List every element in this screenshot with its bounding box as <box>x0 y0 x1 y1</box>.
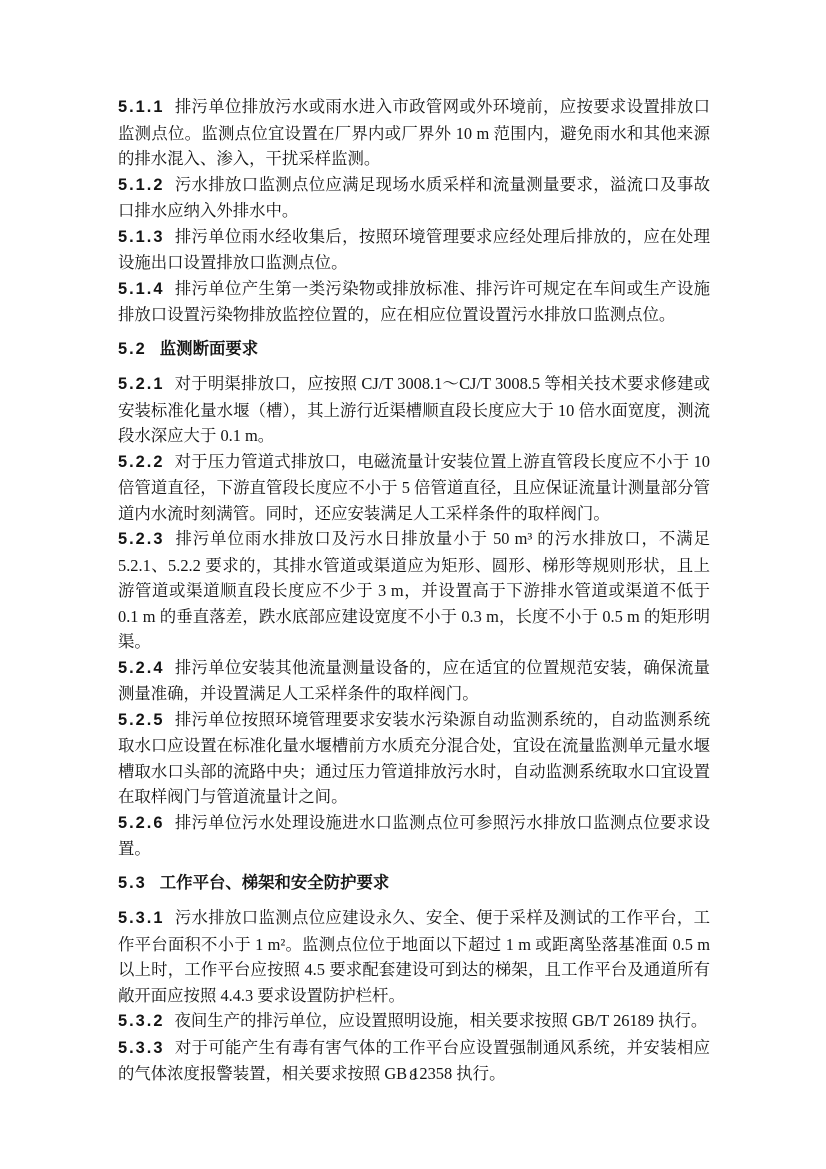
clause-number: 5.1.1 <box>118 98 164 116</box>
clause-text: 排污单位雨水排放口及污水日排放量小于 50 m³ 的污水排放口，不满足 5.2.… <box>118 529 710 651</box>
clause-5-1-4: 5.1.4排污单位产生第一类污染物或排放标准、排污许可规定在车间或生产设施排放口… <box>118 276 710 328</box>
clause-5-3-2: 5.3.2夜间生产的排污单位，应设置照明设施，相关要求按照 GB/T 26189… <box>118 1008 710 1035</box>
clause-5-2-3: 5.2.3排污单位雨水排放口及污水日排放量小于 50 m³ 的污水排放口，不满足… <box>118 526 710 655</box>
clause-5-1-1: 5.1.1排污单位排放污水或雨水进入市政管网或外环境前，应按要求设置排放口监测点… <box>118 94 710 172</box>
clause-number: 5.3.2 <box>118 1012 164 1030</box>
clause-text: 排污单位安装其他流量测量设备的，应在适宜的位置规范安装，确保流量测量准确，并设置… <box>118 658 710 704</box>
clause-number: 5.2.6 <box>118 814 164 832</box>
clause-text: 夜间生产的排污单位，应设置照明设施，相关要求按照 GB/T 26189 执行。 <box>174 1011 707 1030</box>
clause-number: 5.3.3 <box>118 1039 164 1057</box>
clause-number: 5.1.3 <box>118 228 164 246</box>
clause-number: 5.2.2 <box>118 453 164 471</box>
clause-5-1-2: 5.1.2污水排放口监测点位应满足现场水质采样和流量测量要求，溢流口及事故口排水… <box>118 172 710 224</box>
clause-5-2-4: 5.2.4排污单位安装其他流量测量设备的，应在适宜的位置规范安装，确保流量测量准… <box>118 655 710 707</box>
clause-5-2-5: 5.2.5排污单位按照环境管理要求安装水污染源自动监测系统的，自动监测系统取水口… <box>118 707 710 810</box>
section-title: 工作平台、梯架和安全防护要求 <box>160 874 389 892</box>
section-number: 5.2 <box>118 340 147 358</box>
clause-text: 排污单位排放污水或雨水进入市政管网或外环境前，应按要求设置排放口监测点位。监测点… <box>118 97 710 168</box>
clause-text: 对于压力管道式排放口，电磁流量计安装位置上游直管段长度应不小于 10 倍管道直径… <box>118 452 710 523</box>
clause-number: 5.3.1 <box>118 909 164 927</box>
clause-number: 5.1.4 <box>118 280 164 298</box>
clause-text: 排污单位按照环境管理要求安装水污染源自动监测系统的，自动监测系统取水口应设置在标… <box>118 710 710 807</box>
clause-text: 排污单位雨水经收集后，按照环境管理要求应经处理后排放的，应在处理设施出口设置排放… <box>118 227 710 273</box>
clause-5-2-6: 5.2.6排污单位污水处理设施进水口监测点位可参照污水排放口监测点位要求设置。 <box>118 810 710 862</box>
clause-number: 5.2.4 <box>118 659 164 677</box>
clause-number: 5.2.5 <box>118 711 164 729</box>
page-content: 5.1.1排污单位排放污水或雨水进入市政管网或外环境前，应按要求设置排放口监测点… <box>118 94 710 1087</box>
clause-5-2-1: 5.2.1对于明渠排放口，应按照 CJ/T 3008.1～CJ/T 3008.5… <box>118 371 710 449</box>
clause-number: 5.2.3 <box>118 530 164 548</box>
clause-text: 污水排放口监测点位应满足现场水质采样和流量测量要求，溢流口及事故口排水应纳入外排… <box>118 175 710 221</box>
clause-5-1-3: 5.1.3排污单位雨水经收集后，按照环境管理要求应经处理后排放的，应在处理设施出… <box>118 224 710 276</box>
clause-number: 5.1.2 <box>118 176 164 194</box>
section-title: 监测断面要求 <box>160 340 258 358</box>
clause-text: 对于明渠排放口，应按照 CJ/T 3008.1～CJ/T 3008.5 等相关技… <box>118 374 710 445</box>
section-number: 5.3 <box>118 874 147 892</box>
page-number: 8 <box>0 1066 826 1086</box>
clause-5-3-1: 5.3.1污水排放口监测点位应建设永久、安全、便于采样及测试的工作平台，工作平台… <box>118 905 710 1008</box>
clause-5-2-2: 5.2.2对于压力管道式排放口，电磁流量计安装位置上游直管段长度应不小于 10 … <box>118 449 710 527</box>
section-heading-5-3: 5.3工作平台、梯架和安全防护要求 <box>118 871 710 897</box>
clause-text: 污水排放口监测点位应建设永久、安全、便于采样及测试的工作平台，工作平台面积不小于… <box>118 908 710 1005</box>
clause-text: 排污单位污水处理设施进水口监测点位可参照污水排放口监测点位要求设置。 <box>118 813 710 859</box>
document-page: 5.1.1排污单位排放污水或雨水进入市政管网或外环境前，应按要求设置排放口监测点… <box>0 0 826 1169</box>
section-heading-5-2: 5.2监测断面要求 <box>118 337 710 363</box>
clause-number: 5.2.1 <box>118 375 164 393</box>
clause-text: 排污单位产生第一类污染物或排放标准、排污许可规定在车间或生产设施排放口设置污染物… <box>118 279 710 325</box>
